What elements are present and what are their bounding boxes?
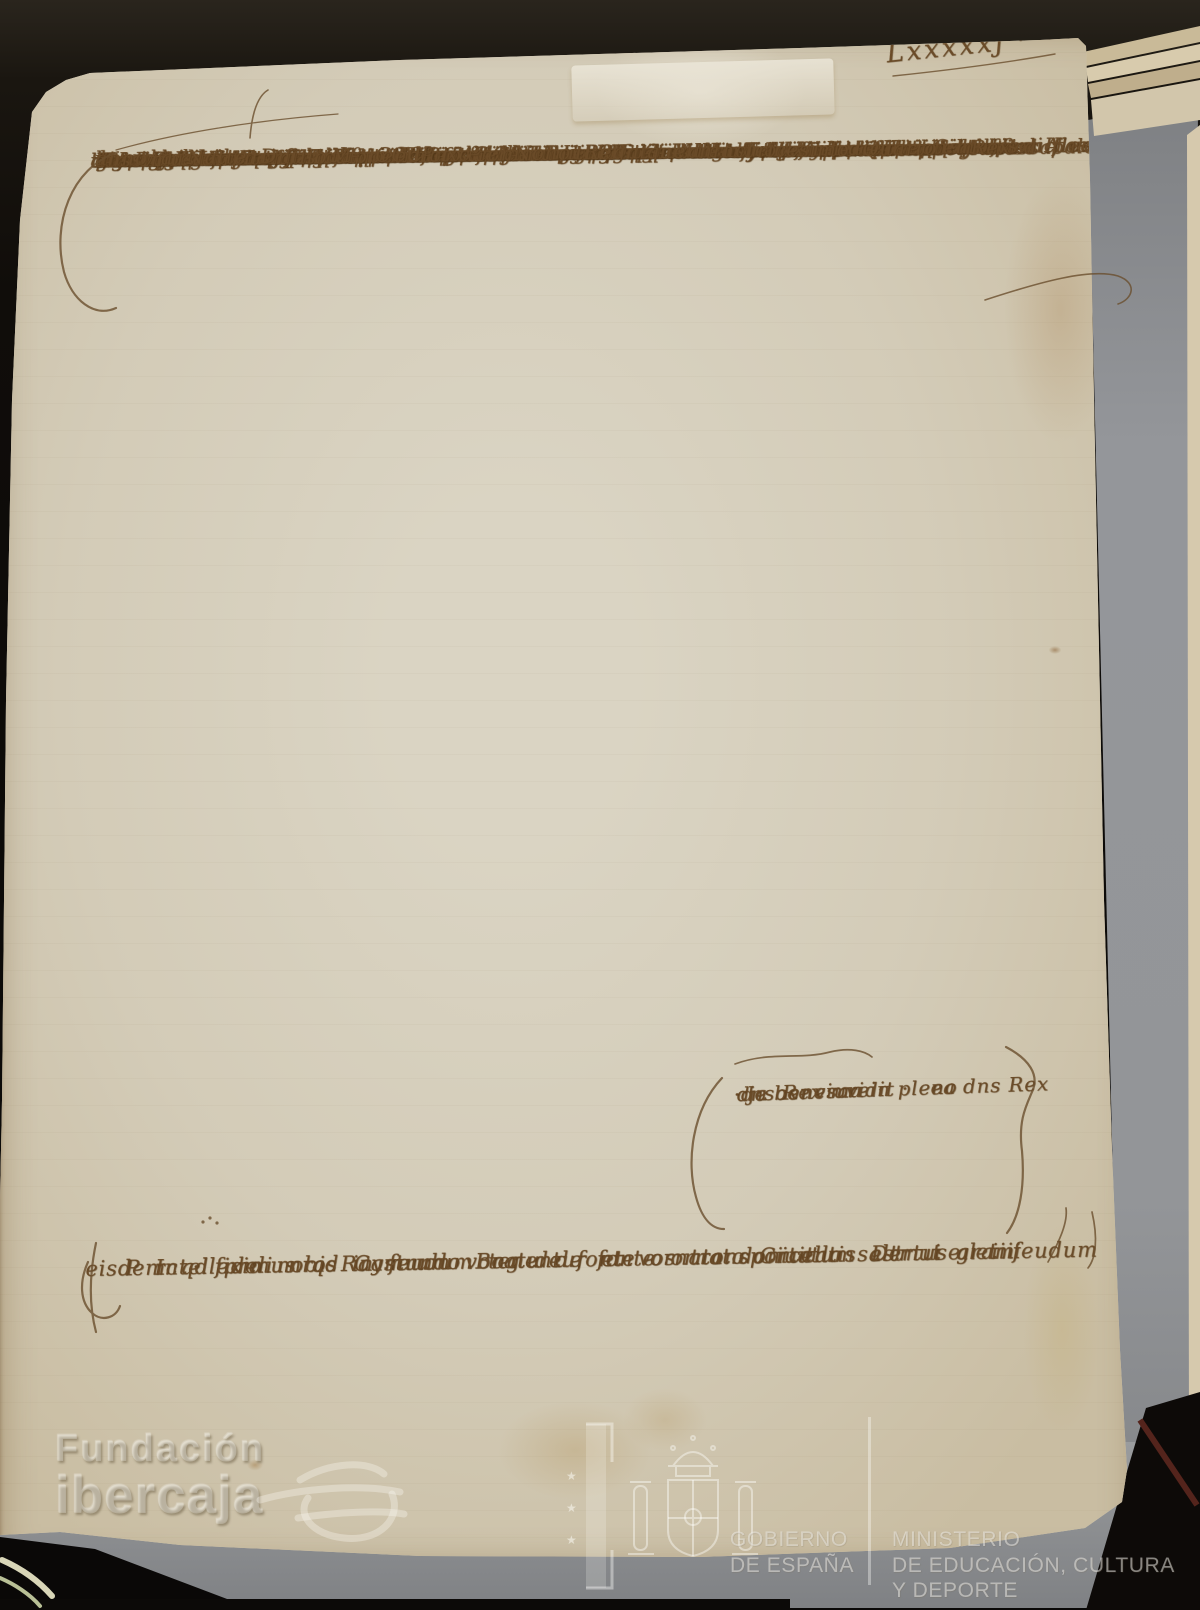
gobierno-text: GOBIERNO DE ESPAÑA <box>730 1476 781 1578</box>
svg-text:★: ★ <box>566 1469 577 1483</box>
fundacion-ibercaja-watermark: Fundación ibercaja <box>55 1428 265 1522</box>
gobierno-line1: GOBIERNO <box>730 1527 848 1553</box>
spain-flag-icon: ★ ★ ★ <box>552 1414 616 1598</box>
ministerio-line2: DE EDUCACIÓN, CULTURA <box>892 1553 1175 1579</box>
ministerio-text: MINISTERIO DE EDUCACIÓN, CULTURA Y DEPOR… <box>892 1476 943 1604</box>
ibercaja-e-logo-icon <box>252 1452 412 1552</box>
watermark-layer: Fundación ibercaja ★ ★ ★ <box>0 0 1200 1610</box>
ibercaja-wordmark: ibercaja <box>55 1470 265 1522</box>
svg-text:★: ★ <box>566 1533 577 1547</box>
svg-text:★: ★ <box>566 1501 577 1515</box>
gobierno-line2: DE ESPAÑA <box>730 1553 854 1579</box>
logo-divider <box>868 1417 871 1585</box>
archival-photo: Lxxxxxj · Nos Petrus rc · Dudu ad instan… <box>0 0 1200 1610</box>
fundacion-wordmark: Fundación <box>55 1428 265 1470</box>
ministerio-line1: MINISTERIO <box>892 1527 1021 1553</box>
ministerio-line3: Y DEPORTE <box>892 1578 1018 1604</box>
